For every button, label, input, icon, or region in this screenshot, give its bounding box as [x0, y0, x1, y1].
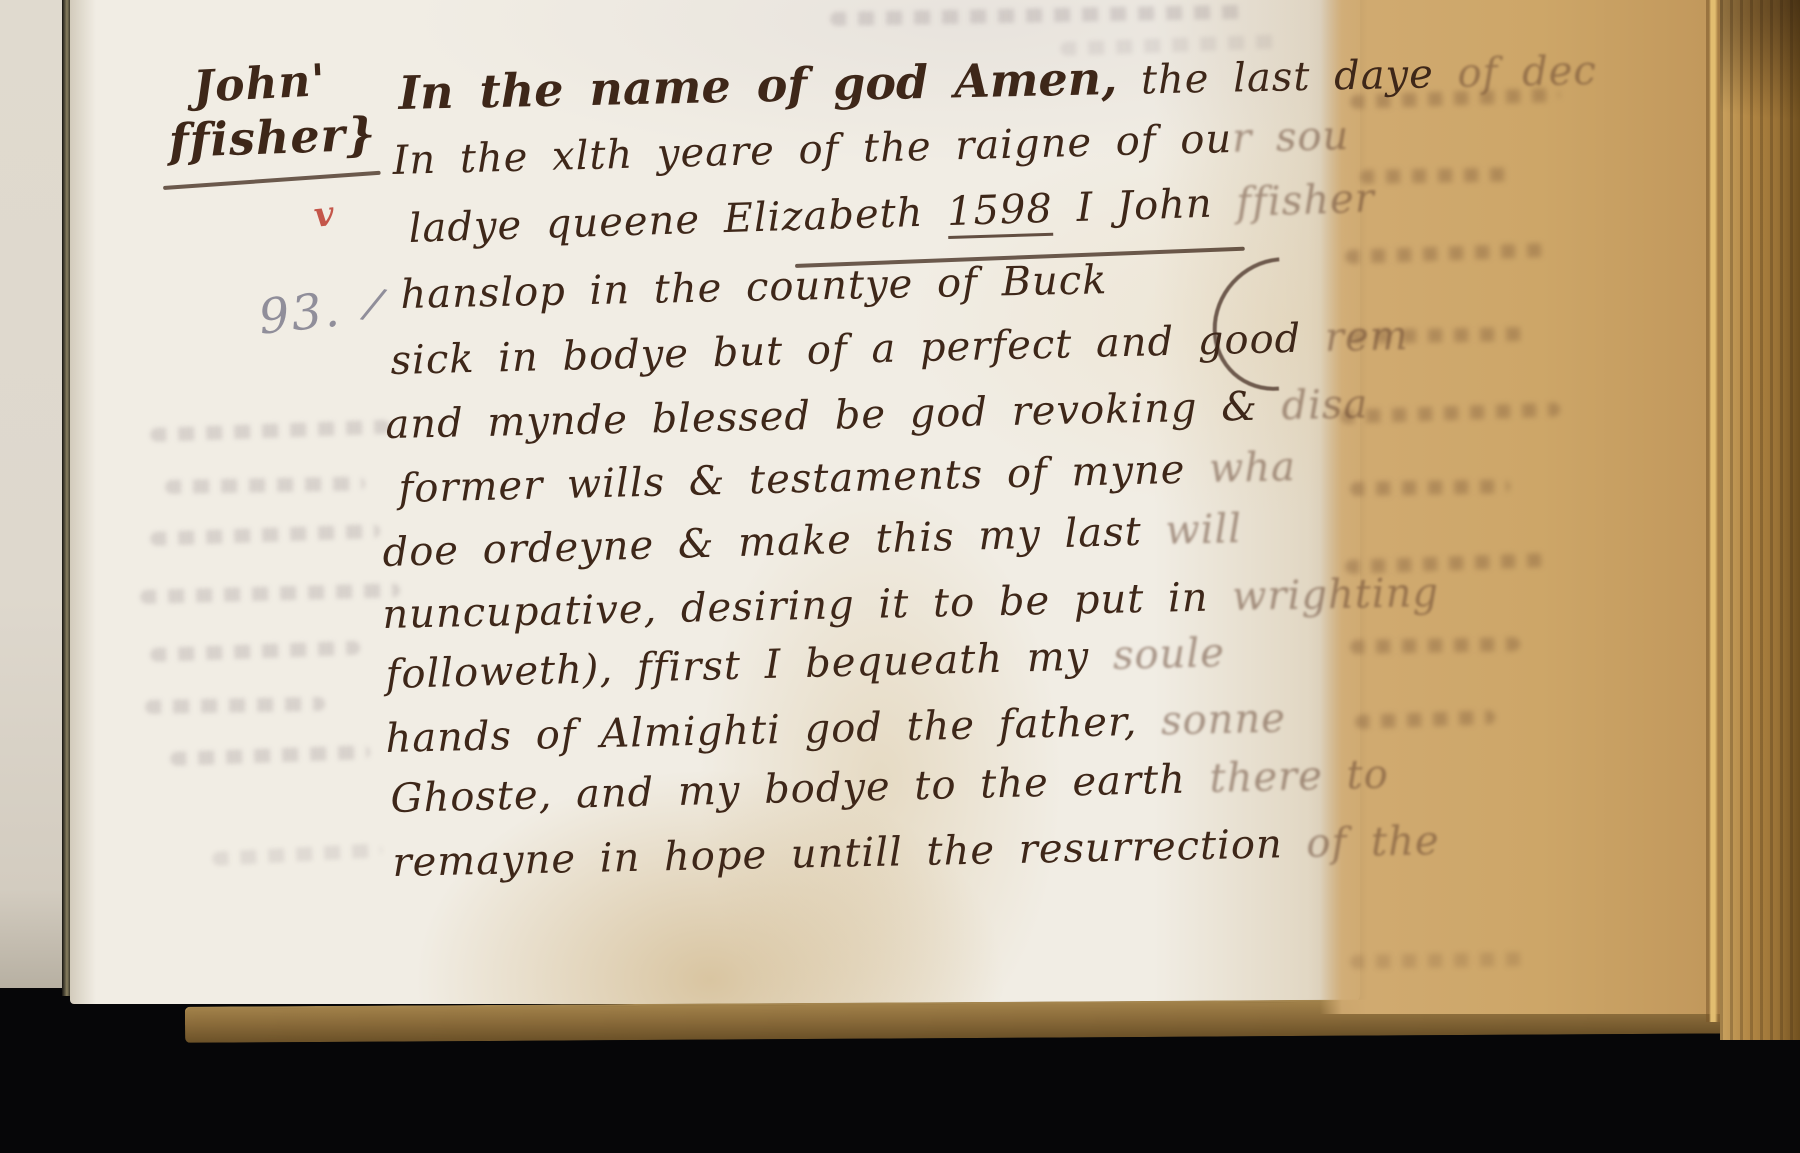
line-tail: wrighting — [1208, 570, 1439, 621]
line-tail: soule — [1089, 630, 1226, 680]
underlined-year: 1598 — [946, 186, 1053, 239]
line-tail: there to — [1185, 752, 1389, 803]
line-tail: sonne — [1137, 696, 1287, 745]
line-text: I John — [1052, 181, 1213, 232]
leaf-edge-highlight — [1706, 0, 1720, 1022]
previous-page-edge — [0, 0, 62, 988]
line-tail: of the — [1282, 818, 1440, 867]
fore-edge-pages — [1720, 0, 1800, 1040]
line-tail: disa — [1257, 381, 1368, 429]
line-tail: wha — [1185, 444, 1297, 493]
line-tail: ffisher — [1212, 176, 1376, 227]
line-tail: of dec — [1433, 48, 1597, 97]
ink-bleed-smudge — [1350, 637, 1520, 654]
ink-bleed-smudge — [1360, 167, 1510, 184]
ink-bleed-smudge — [1350, 479, 1510, 496]
red-check-mark: v — [312, 194, 337, 236]
line-text: the last daye — [1117, 51, 1435, 104]
line-tail: rem — [1301, 313, 1410, 362]
line-tail: will — [1141, 506, 1243, 555]
book-photo: John' ffisher} v 93. / In the name of go… — [0, 0, 1800, 1153]
folio-number: 93. — [256, 281, 344, 345]
margin-annotation-name: ffisher} — [168, 107, 377, 168]
line-tail: r sou — [1232, 113, 1350, 162]
margin-annotation-name: John' — [192, 55, 327, 113]
